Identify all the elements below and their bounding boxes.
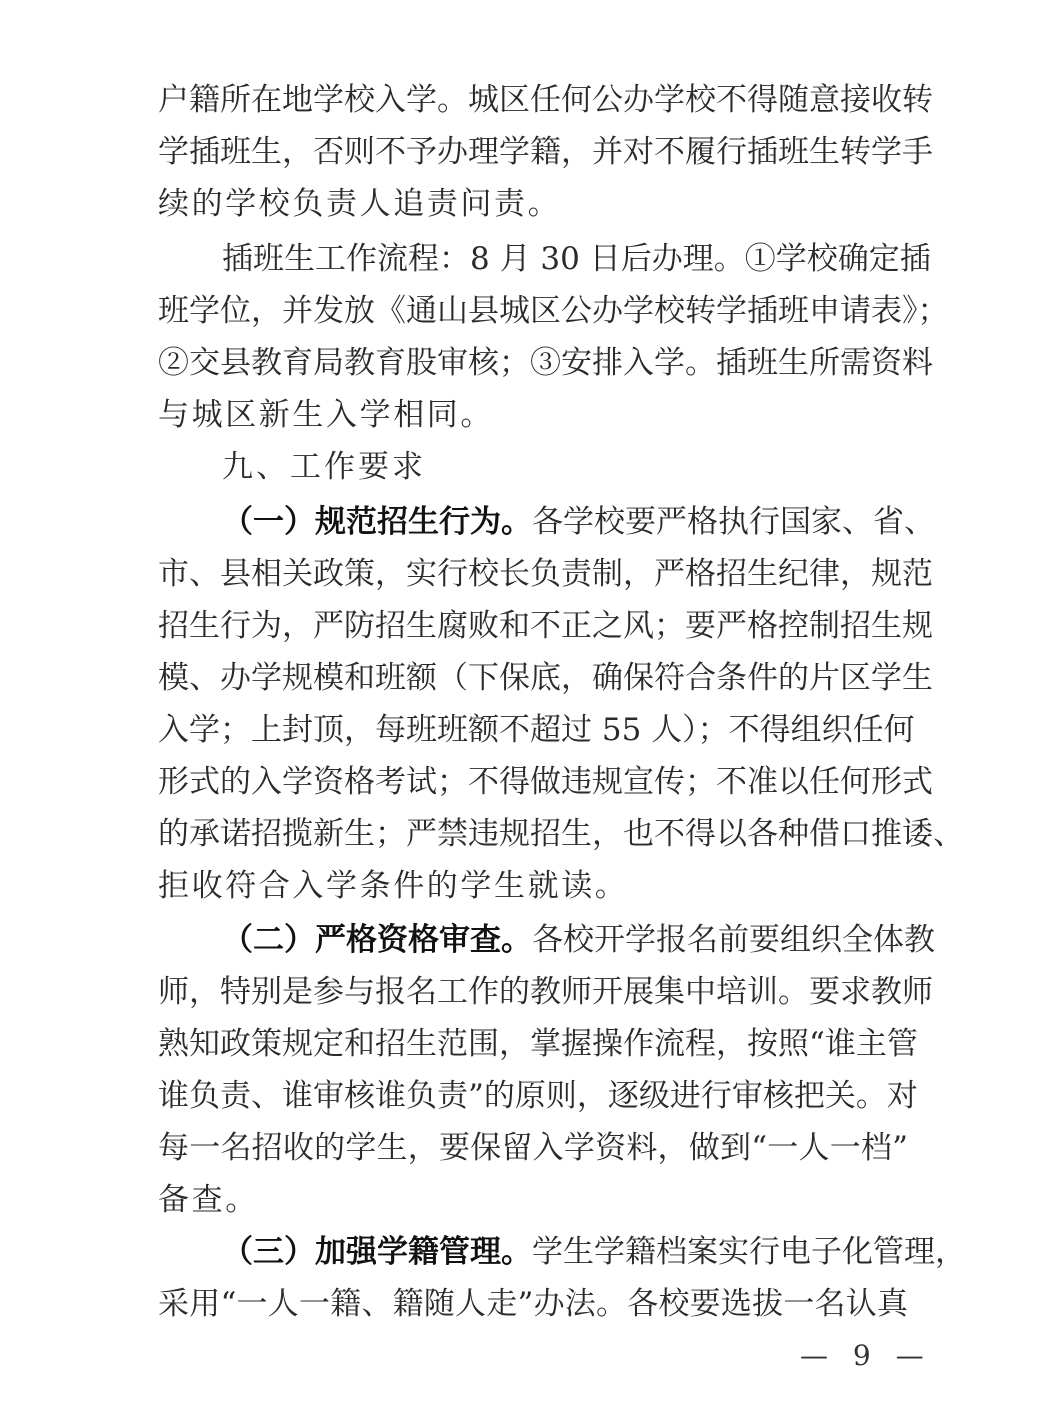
- paragraph-line: 备查。: [158, 1180, 908, 1220]
- subsection-first-line: （二）严格资格审查。各校开学报名前要组织全体教: [222, 920, 908, 960]
- paragraph-line: 学插班生，否则不予办理学籍，并对不履行插班生转学手: [158, 132, 908, 172]
- paragraph-line: ②交县教育局教育股审核；③安排入学。插班生所需资料: [158, 343, 908, 383]
- paragraph-line: 拒收符合入学条件的学生就读。: [158, 866, 908, 906]
- paragraph-line: 户籍所在地学校入学。城区任何公办学校不得随意接收转: [158, 80, 908, 120]
- subsection-title: （三）加强学籍管理。: [222, 1234, 532, 1270]
- document-page: 户籍所在地学校入学。城区任何公办学校不得随意接收转 学插班生，否则不予办理学籍，…: [0, 0, 1054, 1405]
- subsection-text: 各学校要严格执行国家、省、: [532, 504, 935, 540]
- section-heading: 九、工作要求: [222, 447, 908, 487]
- paragraph-line: 熟知政策规定和招生范围，掌握操作流程，按照“谁主管: [158, 1024, 908, 1064]
- paragraph-line: 与城区新生入学相同。: [158, 395, 908, 435]
- paragraph-line: 招生行为，严防招生腐败和不正之风；要严格控制招生规: [158, 606, 908, 646]
- paragraph-line: 入学；上封顶，每班班额不超过 55 人）；不得组织任何: [158, 710, 908, 750]
- paragraph-line: 每一名招收的学生，要保留入学资料，做到“一人一档”: [158, 1128, 908, 1168]
- paragraph-line: 市、县相关政策，实行校长负责制，严格招生纪律，规范: [158, 554, 908, 594]
- subsection-title: （一）规范招生行为。: [222, 504, 532, 540]
- subsection-first-line: （三）加强学籍管理。学生学籍档案实行电子化管理，: [222, 1232, 908, 1272]
- paragraph-line: 插班生工作流程：8 月 30 日后办理。①学校确定插: [222, 239, 908, 279]
- subsection-text: 各校开学报名前要组织全体教: [532, 922, 935, 958]
- subsection-first-line: （一）规范招生行为。各学校要严格执行国家、省、: [222, 502, 908, 542]
- subsection-text: 学生学籍档案实行电子化管理，: [532, 1234, 966, 1270]
- paragraph-line: 模、办学规模和班额（下保底，确保符合条件的片区学生: [158, 658, 908, 698]
- paragraph-line: 谁负责、谁审核谁负责”的原则，逐级进行审核把关。对: [158, 1076, 908, 1116]
- paragraph-line: 续的学校负责人追责问责。: [158, 184, 908, 224]
- paragraph-line: 班学位，并发放《通山县城区公办学校转学插班申请表》；: [158, 291, 908, 331]
- paragraph-line: 形式的入学资格考试；不得做违规宣传；不准以任何形式: [158, 762, 908, 802]
- paragraph-line: 采用“一人一籍、籍随人走”办法。各校要选拔一名认真: [158, 1284, 908, 1324]
- paragraph-line: 的承诺招揽新生；严禁违规招生，也不得以各种借口推诿、: [158, 814, 908, 854]
- subsection-title: （二）严格资格审查。: [222, 922, 532, 958]
- paragraph-line: 师，特别是参与报名工作的教师开展集中培训。要求教师: [158, 972, 908, 1012]
- page-number: — 9 —: [800, 1338, 932, 1374]
